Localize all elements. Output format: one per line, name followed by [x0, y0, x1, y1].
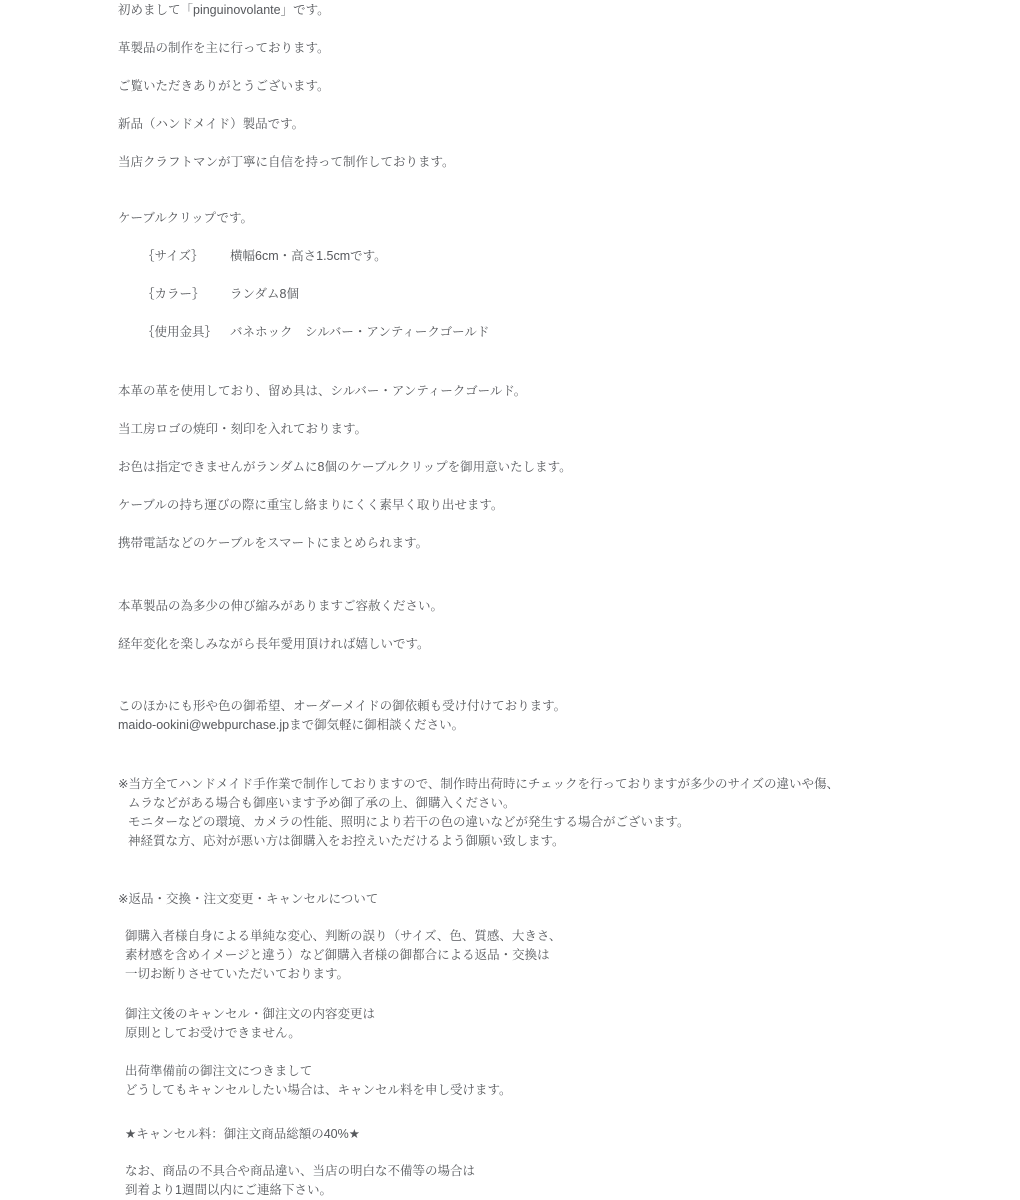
spec-row-hardware: ｛使用金具｝バネホック シルバー・アンティークゴールド: [118, 323, 1020, 342]
disclaimer-line: ※当方全てハンドメイド手作業で制作しておりますので、制作時出荷時にチェックを行っ…: [118, 775, 1020, 794]
spec-label: ｛使用金具｝: [142, 323, 230, 342]
cancel-policy-line: 御注文後のキャンセル・御注文の内容変更は: [125, 1005, 1020, 1024]
cancel-before-ship-line: どうしてもキャンセルしたい場合は、キャンセル料を申し受けます。: [125, 1081, 1020, 1100]
spec-label: ｛サイズ｝: [142, 247, 230, 266]
returns-heading: ※返品・交換・注文変更・キャンセルについて: [118, 890, 1020, 909]
detail-line: ケーブルの持ち運びの際に重宝し絡まりにくく素早く取り出せます。: [118, 496, 1020, 515]
spec-value: バネホック シルバー・アンティークゴールド: [230, 325, 489, 339]
handmade-disclaimer: ※当方全てハンドメイド手作業で制作しておりますので、制作時出荷時にチェックを行っ…: [118, 775, 1020, 851]
cancel-before-ship: 出荷準備前の御注文につきまして どうしてもキャンセルしたい場合は、キャンセル料を…: [118, 1062, 1020, 1100]
returns-line: 一切お断りさせていただいております。: [125, 965, 1020, 984]
product-description: 初めまして「pinguinovolante」です。 革製品の制作を主に行っており…: [0, 0, 1020, 1200]
cancel-fee-line: ★キャンセル料：御注文商品総額の40%★: [118, 1125, 1020, 1144]
contact-email-line: maido-ookini@webpurchase.jpまで御気軽に御相談ください…: [118, 716, 1020, 735]
spec-value: 横幅6cm・高さ1.5cmです。: [230, 249, 387, 263]
spec-row-size: ｛サイズ｝横幅6cm・高さ1.5cmです。: [118, 247, 1020, 266]
cancel-policy-line: 原則としてお受けできません。: [125, 1024, 1020, 1043]
leather-note-line: 経年変化を楽しみながら長年愛用頂ければ嬉しいです。: [118, 635, 1020, 654]
intro-line: 当店クラフトマンが丁寧に自信を持って制作しております。: [118, 153, 1020, 172]
intro-line: 初めまして「pinguinovolante」です。: [118, 1, 1020, 20]
product-heading: ケーブルクリップです。: [118, 209, 1020, 228]
leather-note-line: 本革製品の為多少の伸び縮みがありますご容赦ください。: [118, 597, 1020, 616]
disclaimer-line: 神経質な方、応対が悪い方は御購入をお控えいただけるよう御願い致します。: [118, 832, 1020, 851]
defect-contact-line: なお、商品の不具合や商品違い、当店の明白な不備等の場合は: [125, 1162, 1020, 1181]
order-made-line: このほかにも形や色の御希望、オーダーメイドの御依頼も受け付けております。: [118, 697, 1020, 716]
returns-line: 素材感を含めイメージと違う）など御購入者様の御都合による返品・交換は: [125, 946, 1020, 965]
spec-label: ｛カラー｝: [142, 285, 230, 304]
returns-line: 御購入者様自身による単純な変心、判断の誤り（サイズ、色、質感、大きさ、: [125, 927, 1020, 946]
detail-line: 携帯電話などのケーブルをスマートにまとめられます。: [118, 534, 1020, 553]
returns-refusal: 御購入者様自身による単純な変心、判断の誤り（サイズ、色、質感、大きさ、 素材感を…: [118, 927, 1020, 984]
detail-line: 本革の革を使用しており、留め具は、シルバー・アンティークゴールド。: [118, 382, 1020, 401]
defect-contact: なお、商品の不具合や商品違い、当店の明白な不備等の場合は 到着より1週間以内にご…: [118, 1162, 1020, 1200]
defect-contact-line: 到着より1週間以内にご連絡下さい。: [125, 1181, 1020, 1200]
intro-line: 革製品の制作を主に行っております。: [118, 39, 1020, 58]
cancel-before-ship-line: 出荷準備前の御注文につきまして: [125, 1062, 1020, 1081]
intro-line: ご覧いただきありがとうございます。: [118, 77, 1020, 96]
disclaimer-line: モニターなどの環境、カメラの性能、照明により若干の色の違いなどが発生する場合がご…: [118, 813, 1020, 832]
spec-value: ランダム8個: [230, 287, 299, 301]
intro-line: 新品（ハンドメイド）製品です。: [118, 115, 1020, 134]
detail-line: お色は指定できませんがランダムに8個のケーブルクリップを御用意いたします。: [118, 458, 1020, 477]
page: { "page": { "background_color": "#ffffff…: [0, 0, 1020, 1200]
order-made-note: このほかにも形や色の御希望、オーダーメイドの御依頼も受け付けております。 mai…: [118, 697, 1020, 735]
disclaimer-line: ムラなどがある場合も御座います予め御了承の上、御購入ください。: [118, 794, 1020, 813]
detail-line: 当工房ロゴの焼印・刻印を入れております。: [118, 420, 1020, 439]
cancel-policy: 御注文後のキャンセル・御注文の内容変更は 原則としてお受けできません。: [118, 1005, 1020, 1043]
spec-row-color: ｛カラー｝ランダム8個: [118, 285, 1020, 304]
